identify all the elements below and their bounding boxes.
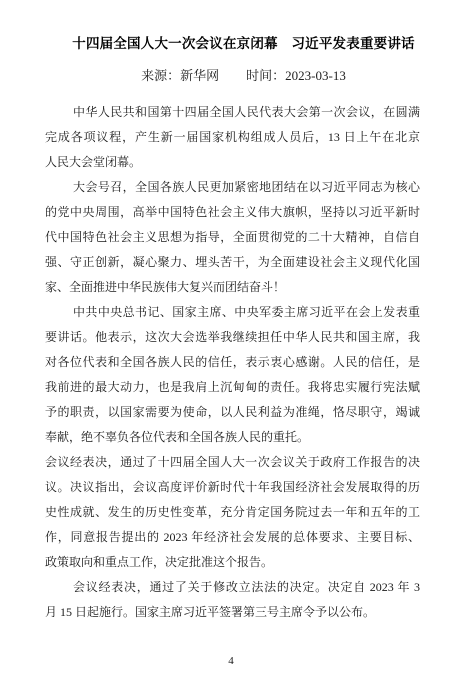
text-line: 会议经表决，通过了十四届全国人大一次会议关于政府工作报告的决 (45, 450, 420, 475)
text-line: 强、守正创新，凝心聚力、埋头苦干，为全面建设社会主义现代化国 (45, 250, 420, 275)
text-line: 作，同意报告提出的 2023 年经济社会发展的总体要求、主要目标、 (45, 525, 420, 550)
text-line: 中共中央总书记、国家主席、中央军委主席习近平在会上发表重 (45, 300, 420, 325)
text-line: 议。决议指出，会议高度评价新时代十年我国经济社会发展取得的历 (45, 475, 420, 500)
text-line: 要讲话。他表示，这次大会选举我继续担任中华人民共和国主席，我 (45, 325, 420, 350)
text-line: 对各位代表和全国各族人民的信任，表示衷心感谢。人民的信任，是 (45, 350, 420, 375)
text-line: 我前进的最大动力，也是我肩上沉甸甸的责任。我将忠实履行宪法赋 (45, 375, 420, 400)
paragraph: 中共中央总书记、国家主席、中央军委主席习近平在会上发表重要讲话。他表示，这次大会… (45, 300, 420, 450)
article-meta: 来源：新华网 时间：2023-03-13 (56, 67, 431, 85)
text-line: 完成各项议程，产生新一届国家机构组成人员后，13 日上午在北京 (45, 125, 420, 150)
text-line: 中华人民共和国第十四届全国人民代表大会第一次会议，在圆满 (45, 100, 420, 125)
article-body: 中华人民共和国第十四届全国人民代表大会第一次会议，在圆满完成各项议程，产生新一届… (45, 100, 420, 625)
meta-source: 来源：新华网 (141, 67, 219, 85)
text-line: 奉献，绝不辜负各位代表和全国各族人民的重托。 (45, 425, 420, 450)
text-line: 人民大会堂闭幕。 (45, 150, 420, 175)
page-title: 十四届全国人大一次会议在京闭幕 习近平发表重要讲话 (56, 34, 431, 54)
text-line: 代中国特色社会主义思想为指导，全面贯彻党的二十大精神，自信自 (45, 225, 420, 250)
paragraph: 大会号召，全国各族人民更加紧密地团结在以习近平同志为核心的党中央周围，高举中国特… (45, 175, 420, 300)
meta-time: 时间：2023-03-13 (246, 67, 346, 85)
text-line: 会议经表决，通过了关于修改立法法的决定。决定自 2023 年 3 (45, 575, 420, 600)
paragraph: 会议经表决，通过了关于修改立法法的决定。决定自 2023 年 3月 15 日起施… (45, 575, 420, 625)
document-page: 十四届全国人大一次会议在京闭幕 习近平发表重要讲话 来源：新华网 时间：2023… (0, 0, 462, 675)
text-line: 月 15 日起施行。国家主席习近平签署第三号主席令予以公布。 (45, 600, 420, 625)
paragraph: 会议经表决，通过了十四届全国人大一次会议关于政府工作报告的决议。决议指出，会议高… (45, 450, 420, 575)
paragraph: 中华人民共和国第十四届全国人民代表大会第一次会议，在圆满完成各项议程，产生新一届… (45, 100, 420, 175)
text-line: 大会号召，全国各族人民更加紧密地团结在以习近平同志为核心 (45, 175, 420, 200)
text-line: 史性成就、发生的历史性变革，充分肯定国务院过去一年和五年的工 (45, 500, 420, 525)
text-line: 家、全面推进中华民族伟大复兴而团结奋斗！ (45, 275, 420, 300)
text-line: 予的职责，以国家需要为使命，以人民利益为准绳，恪尽职守，竭诚 (45, 400, 420, 425)
page-number: 4 (0, 654, 462, 668)
text-line: 的党中央周围，高举中国特色社会主义伟大旗帜，坚持以习近平新时 (45, 200, 420, 225)
text-line: 政策取向和重点工作，决定批准这个报告。 (45, 550, 420, 575)
